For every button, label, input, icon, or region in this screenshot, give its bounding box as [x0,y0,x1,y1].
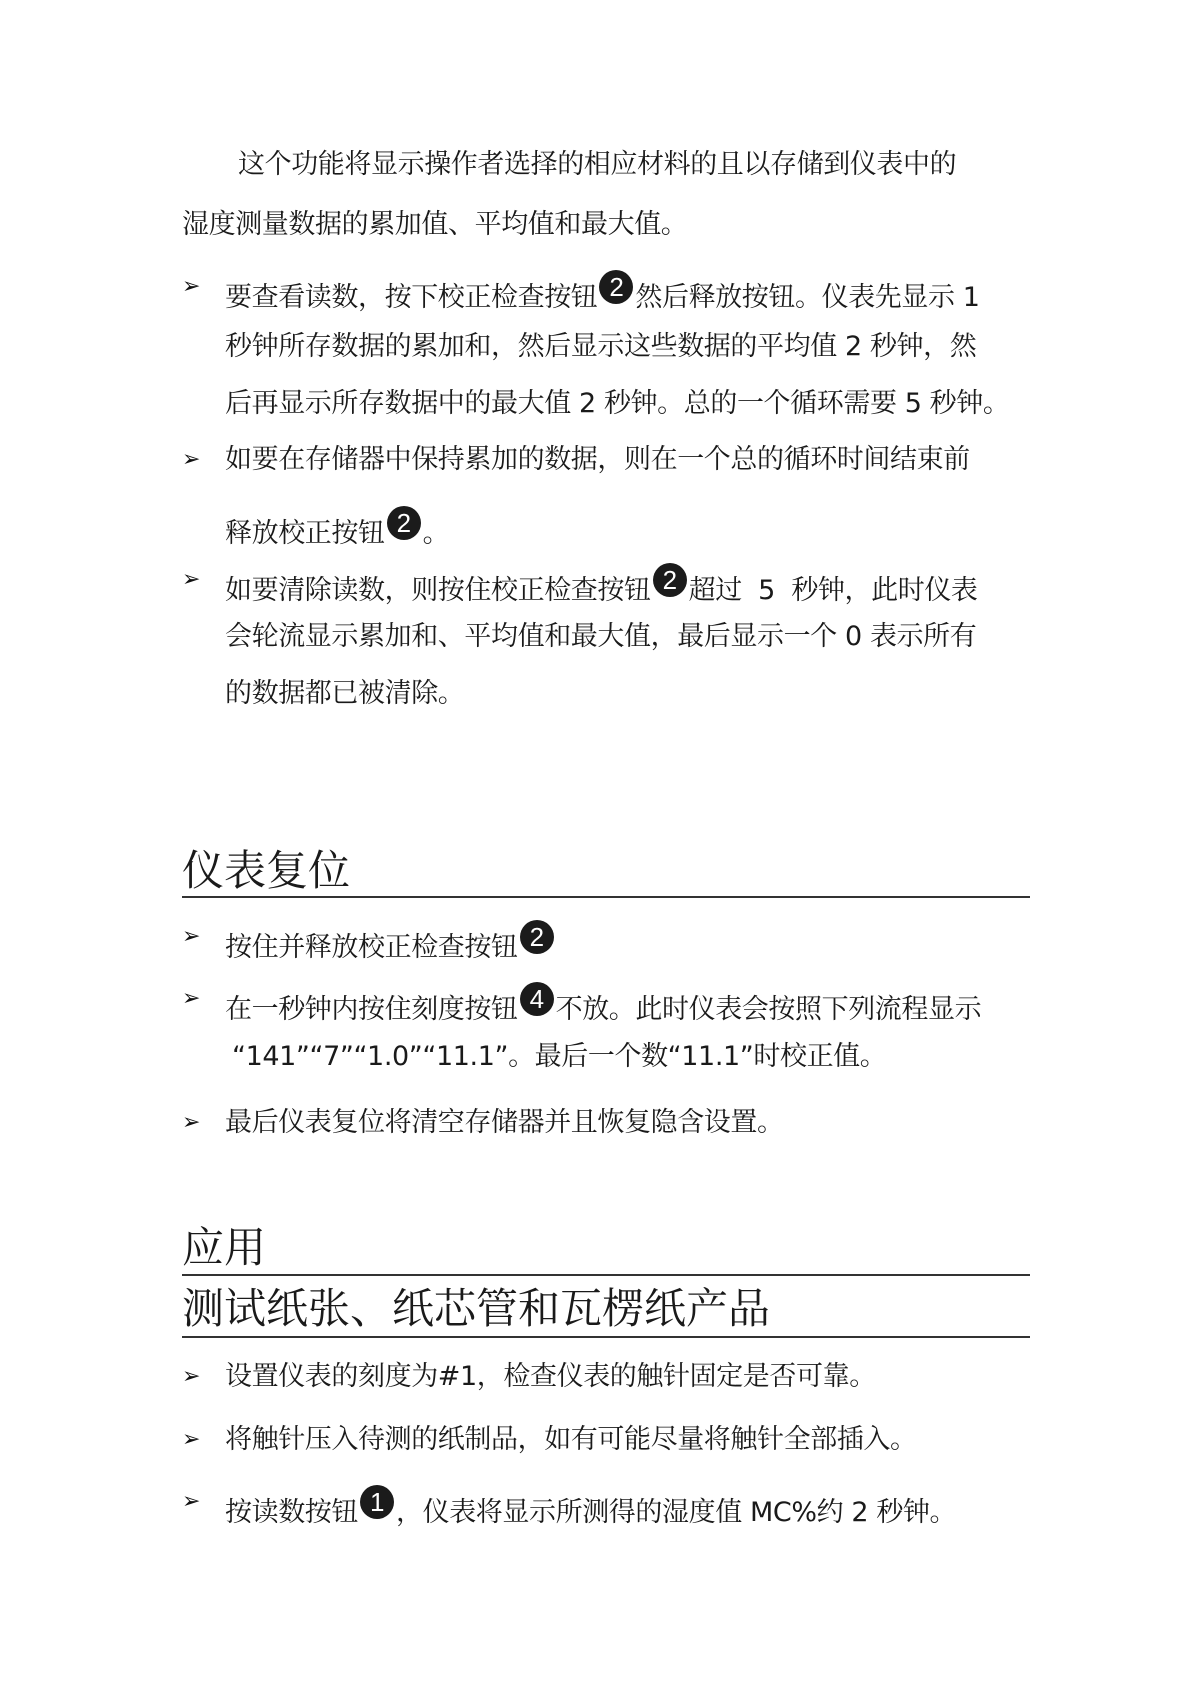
button-1-badge-icon: 1 [360,1485,394,1519]
reset-bullet-3: 最后仪表复位将清空存储器并且恢复隐含设置。 [225,1106,784,1140]
subsection-heading-paper-testing: 测试纸张、纸芯管和瓦楞纸产品 [182,1284,770,1334]
reset-bullet-2-line-2: “141”“7”“1.0”“11.1”。最后一个数“11.1”时校正值。 [232,1040,886,1074]
memory-bullet-1-line-2: 秒钟所存数据的累加和，然后显示这些数据的平均值 2 秒钟，然 [225,330,976,364]
text-segment: 按住并释放校正检查按钮 [225,932,518,963]
text-segment: 如要清除读数，则按住校正检查按钮 [225,575,651,606]
section-heading-reset: 仪表复位 [182,846,350,896]
text-segment: ，仪表将显示所测得的湿度值 MC%约 2 秒钟。 [396,1497,956,1528]
memory-bullet-1-line-3: 后再显示所存数据中的最大值 2 秒钟。总的一个循环需要 5 秒钟。 [225,387,1010,421]
heading-rule [182,896,1030,898]
heading-rule [182,1274,1030,1276]
intro-line-1: 这个功能将显示操作者选择的相应材料的且以存储到仪表中的 [238,148,956,182]
memory-bullet-2-line-1: 如要在存储器中保持累加的数据，则在一个总的循环时间结束前 [225,443,970,477]
bullet-arrow-icon: ➢ [182,563,200,597]
application-bullet-2: 将触针压入待测的纸制品，如有可能尽量将触针全部插入。 [225,1423,917,1457]
button-2-badge-icon: 2 [599,270,633,304]
button-4-badge-icon: 4 [520,982,554,1016]
bullet-arrow-icon: ➢ [182,1423,200,1457]
reset-bullet-1: 按住并释放校正检查按钮2 [225,920,556,965]
heading-rule [182,1336,1030,1338]
bullet-arrow-icon: ➢ [182,1360,200,1394]
text-segment: 在一秒钟内按住刻度按钮 [225,994,518,1025]
bullet-arrow-icon: ➢ [182,1485,200,1519]
application-bullet-3: 按读数按钮1，仪表将显示所测得的湿度值 MC%约 2 秒钟。 [225,1485,956,1530]
bullet-arrow-icon: ➢ [182,443,200,477]
text-segment: 要查看读数，按下校正检查按钮 [225,282,597,313]
application-bullet-1: 设置仪表的刻度为#1，检查仪表的触针固定是否可靠。 [225,1360,876,1394]
text-segment: 不放。此时仪表会按照下列流程显示 [556,994,982,1025]
button-2-badge-icon: 2 [520,920,554,954]
button-2-badge-icon: 2 [653,563,687,597]
bullet-arrow-icon: ➢ [182,270,200,304]
button-2-badge-icon: 2 [387,506,421,540]
text-segment: 释放校正按钮 [225,518,385,549]
memory-bullet-3-line-3: 的数据都已被清除。 [225,677,464,711]
reset-bullet-2-line-1: 在一秒钟内按住刻度按钮4不放。此时仪表会按照下列流程显示 [225,982,981,1027]
bullet-arrow-icon: ➢ [182,920,200,954]
memory-bullet-3-line-2: 会轮流显示累加和、平均值和最大值，最后显示一个 0 表示所有 [225,620,976,654]
intro-line-2: 湿度测量数据的累加值、平均值和最大值。 [182,208,687,242]
memory-bullet-3-line-1: 如要清除读数，则按住校正检查按钮2超过 5 秒钟，此时仪表 [225,563,978,608]
bullet-arrow-icon: ➢ [182,982,200,1016]
memory-bullet-1-line-1: 要查看读数，按下校正检查按钮2然后释放按钮。仪表先显示 1 [225,270,980,315]
document-page: 这个功能将显示操作者选择的相应材料的且以存储到仪表中的 湿度测量数据的累加值、平… [0,0,1200,1698]
text-segment: 按读数按钮 [225,1497,358,1528]
text-segment: 。 [423,518,450,549]
bullet-arrow-icon: ➢ [182,1106,200,1140]
text-segment: 超过 5 秒钟，此时仪表 [689,575,978,606]
section-heading-application: 应用 [182,1223,266,1273]
memory-bullet-2-line-2: 释放校正按钮2。 [225,506,449,551]
text-segment: 然后释放按钮。仪表先显示 1 [635,282,979,313]
